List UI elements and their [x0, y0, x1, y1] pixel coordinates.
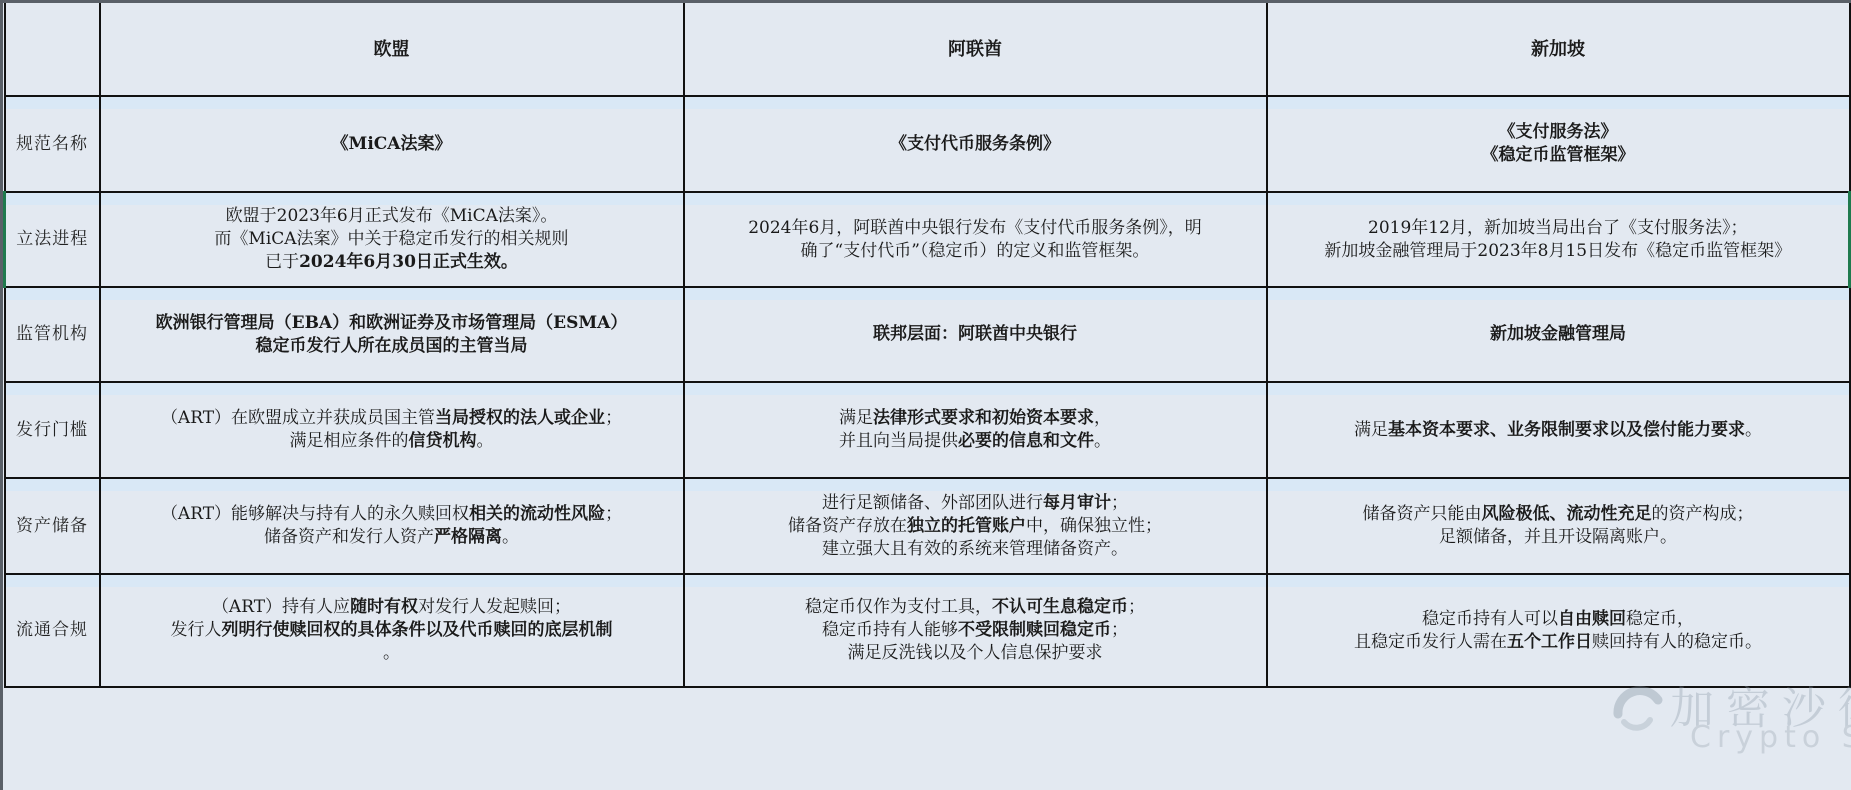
cell-text-line: 欧洲银行管理局（EBA）和欧洲证券及市场管理局（ESMA）	[107, 312, 677, 335]
emphasized-text: 新加坡金融管理局	[1490, 324, 1626, 344]
cell-text: 稳定币持有人可以	[1422, 609, 1558, 629]
emphasized-text: 法律形式要求和初始资本要求	[873, 408, 1094, 428]
cell-text-line: 。	[107, 642, 677, 665]
cell-text: ；	[1111, 493, 1128, 513]
cell-text-line: 2024年6月，阿联酋中央银行发布《支付代币服务条例》，明	[691, 217, 1260, 240]
cell-text-line: 新加坡金融管理局	[1274, 323, 1843, 346]
cell-singapore[interactable]: 稳定币持有人可以自由赎回稳定币，且稳定币发行人需在五个工作日赎回持有人的稳定币。	[1267, 574, 1850, 687]
cell-text: （ART）在欧盟成立并获成员国主管	[161, 408, 435, 428]
row-label[interactable]: 流通合规	[5, 574, 100, 687]
cell-text: 赎回持有人的稳定币。	[1592, 632, 1762, 652]
cell-text: 。	[502, 527, 519, 547]
cell-text: 满足	[839, 408, 873, 428]
emphasized-text: 《支付服务法》	[1499, 122, 1618, 142]
cell-text: ；	[1111, 620, 1128, 640]
cell-text: 。	[1094, 431, 1111, 451]
emphasized-text: 每月审计	[1043, 493, 1111, 513]
row-label[interactable]: 立法进程	[5, 192, 100, 287]
cell-eu[interactable]: （ART）持有人应随时有权对发行人发起赎回；发行人列明行使赎回权的具体条件以及代…	[100, 574, 684, 687]
cell-text: 稳定币，	[1626, 609, 1694, 629]
cell-uae[interactable]: 2024年6月，阿联酋中央银行发布《支付代币服务条例》，明确了“支付代币”（稳定…	[684, 192, 1267, 287]
cell-text: 且稳定币发行人需在	[1354, 632, 1507, 652]
cell-text: 欧盟于2023年6月正式发布《MiCA法案》。	[226, 206, 558, 226]
cell-text: 的资产构成；	[1652, 504, 1754, 524]
row-label[interactable]: 发行门槛	[5, 382, 100, 478]
emphasized-text: 《MiCA法案》	[332, 134, 452, 154]
cell-singapore[interactable]: 2019年12月，新加坡当局出台了《支付服务法》；新加坡金融管理局于2023年8…	[1267, 192, 1850, 287]
header-row: 欧盟 阿联酋 新加坡	[5, 3, 1850, 96]
cell-text: 满足反洗钱以及个人信息保护要求	[848, 643, 1103, 663]
cell-text: 对发行人发起赎回；	[418, 597, 571, 617]
cell-text-line: 储备资产和发行人资产严格隔离。	[107, 526, 677, 549]
cell-text-line: 建立强大且有效的系统来管理储备资产。	[691, 538, 1260, 561]
emphasized-text: 不受限制赎回稳定币	[958, 620, 1111, 640]
table-row-legislative-progress: 立法进程 欧盟于2023年6月正式发布《MiCA法案》。而《MiCA法案》中关于…	[5, 192, 1850, 287]
row-label[interactable]: 监管机构	[5, 287, 100, 382]
cell-text: 满足	[1354, 420, 1388, 440]
cell-text-line: 已于2024年6月30日正式生效。	[107, 251, 677, 274]
column-header-singapore[interactable]: 新加坡	[1267, 3, 1850, 96]
cell-text: ；	[605, 504, 622, 524]
cell-text: （ART）持有人应	[212, 597, 350, 617]
cell-text-line: 欧盟于2023年6月正式发布《MiCA法案》。	[107, 205, 677, 228]
cell-text-line: 《稳定币监管框架》	[1274, 144, 1843, 167]
cell-uae[interactable]: 联邦层面：阿联酋中央银行	[684, 287, 1267, 382]
cell-text-line: 稳定币发行人所在成员国的主管当局	[107, 335, 677, 358]
cell-eu[interactable]: 《MiCA法案》	[100, 96, 684, 192]
emphasized-text: 不认可生息稳定币	[992, 597, 1128, 617]
cell-text-line: 满足基本资本要求、业务限制要求以及偿付能力要求。	[1274, 419, 1843, 442]
emphasized-text: 严格隔离	[434, 527, 502, 547]
cell-text-line: 《支付服务法》	[1274, 121, 1843, 144]
row-label[interactable]: 规范名称	[5, 96, 100, 192]
cell-eu[interactable]: （ART）能够解决与持有人的永久赎回权相关的流动性风险；储备资产和发行人资产严格…	[100, 478, 684, 574]
emphasized-text: 基本资本要求、业务限制要求以及偿付能力要求	[1388, 420, 1745, 440]
cell-text: 进行足额储备、外部团队进行	[822, 493, 1043, 513]
cell-text-line: 2019年12月，新加坡当局出台了《支付服务法》；	[1274, 217, 1843, 240]
cell-text: 储备资产存放在	[788, 516, 907, 536]
emphasized-text: 相关的流动性风险	[469, 504, 605, 524]
cell-text-line: 联邦层面：阿联酋中央银行	[691, 323, 1260, 346]
cell-text-line: （ART）能够解决与持有人的永久赎回权相关的流动性风险；	[107, 503, 677, 526]
cell-text-line: 《支付代币服务条例》	[691, 133, 1260, 156]
cell-text-line: （ART）在欧盟成立并获成员国主管当局授权的法人或企业；	[107, 407, 677, 430]
cell-uae[interactable]: 稳定币仅作为支付工具，不认可生息稳定币；稳定币持有人能够不受限制赎回稳定币；满足…	[684, 574, 1267, 687]
emphasized-text: 欧洲银行管理局（EBA）和欧洲证券及市场管理局（ESMA）	[156, 313, 628, 333]
cell-text-line: 《MiCA法案》	[107, 133, 677, 156]
cell-text: 新加坡金融管理局于2023年8月15日发布《稳定币监管框架》	[1324, 241, 1791, 261]
cell-text: 储备资产和发行人资产	[264, 527, 434, 547]
cell-text: 中，确保独立性；	[1026, 516, 1162, 536]
cell-text: 稳定币持有人能够	[822, 620, 958, 640]
cell-uae[interactable]: 满足法律形式要求和初始资本要求，并且向当局提供必要的信息和文件。	[684, 382, 1267, 478]
table-row-regulator: 监管机构 欧洲银行管理局（EBA）和欧洲证券及市场管理局（ESMA）稳定币发行人…	[5, 287, 1850, 382]
cell-text-line: 发行人列明行使赎回权的具体条件以及代币赎回的底层机制	[107, 619, 677, 642]
table-row-regulation-name: 规范名称 《MiCA法案》 《支付代币服务条例》 《支付服务法》《稳定币监管框架…	[5, 96, 1850, 192]
cell-text: ；	[1128, 597, 1145, 617]
cell-text-line: 进行足额储备、外部团队进行每月审计；	[691, 492, 1260, 515]
cell-text-line: 满足相应条件的信贷机构。	[107, 430, 677, 453]
cell-text: 发行人	[171, 620, 222, 640]
emphasized-text: 自由赎回	[1558, 609, 1626, 629]
cell-text: ；	[605, 408, 622, 428]
cell-text-line: 而《MiCA法案》中关于稳定币发行的相关规则	[107, 228, 677, 251]
emphasized-text: 稳定币发行人所在成员国的主管当局	[256, 336, 528, 356]
cell-singapore[interactable]: 《支付服务法》《稳定币监管框架》	[1267, 96, 1850, 192]
emphasized-text: 独立的托管账户	[907, 516, 1026, 536]
cell-singapore[interactable]: 储备资产只能由风险极低、流动性充足的资产构成；足额储备，并且开设隔离账户。	[1267, 478, 1850, 574]
cell-text: 。	[383, 643, 400, 663]
emphasized-text: 列明行使赎回权的具体条件以及代币赎回的底层机制	[222, 620, 613, 640]
cell-text-line: 稳定币持有人能够不受限制赎回稳定币；	[691, 619, 1260, 642]
emphasized-text: 必要的信息和文件	[958, 431, 1094, 451]
cell-text-line: 满足法律形式要求和初始资本要求，	[691, 407, 1260, 430]
column-header-eu[interactable]: 欧盟	[100, 3, 684, 96]
cell-text-line: 足额储备，并且开设隔离账户。	[1274, 526, 1843, 549]
cell-text: 足额储备，并且开设隔离账户。	[1439, 527, 1677, 547]
table-row-circulation-compliance: 流通合规 （ART）持有人应随时有权对发行人发起赎回；发行人列明行使赎回权的具体…	[5, 574, 1850, 687]
cell-uae[interactable]: 《支付代币服务条例》	[684, 96, 1267, 192]
cell-text: 2024年6月，阿联酋中央银行发布《支付代币服务条例》，明	[748, 218, 1202, 238]
cell-eu[interactable]: 欧洲银行管理局（EBA）和欧洲证券及市场管理局（ESMA）稳定币发行人所在成员国…	[100, 287, 684, 382]
emphasized-text: 风险极低、流动性充足	[1482, 504, 1652, 524]
cell-text-line: 且稳定币发行人需在五个工作日赎回持有人的稳定币。	[1274, 631, 1843, 654]
cell-text: 2019年12月，新加坡当局出台了《支付服务法》；	[1368, 218, 1747, 238]
column-header-uae[interactable]: 阿联酋	[684, 3, 1267, 96]
emphasized-text: 随时有权	[350, 597, 418, 617]
emphasized-text: 五个工作日	[1507, 632, 1592, 652]
emphasized-text: 联邦层面：阿联酋中央银行	[873, 324, 1077, 344]
cell-singapore[interactable]: 新加坡金融管理局	[1267, 287, 1850, 382]
emphasized-text: 《支付代币服务条例》	[890, 134, 1060, 154]
cell-text: （ART）能够解决与持有人的永久赎回权	[161, 504, 469, 524]
cell-text-line: 稳定币持有人可以自由赎回稳定币，	[1274, 608, 1843, 631]
emphasized-text: 2024年6月30日正式生效。	[299, 252, 518, 272]
corner-cell[interactable]	[5, 3, 100, 96]
cell-singapore[interactable]: 满足基本资本要求、业务限制要求以及偿付能力要求。	[1267, 382, 1850, 478]
stablecoin-regulation-comparison-table: 欧盟 阿联酋 新加坡 规范名称 《MiCA法案》 《支付代币服务条例》 《支付服…	[3, 3, 1851, 688]
cell-text: 。	[1745, 420, 1762, 440]
cell-text: 储备资产只能由	[1363, 504, 1482, 524]
cell-text: ，	[1094, 408, 1111, 428]
cell-text-line: 储备资产只能由风险极低、流动性充足的资产构成；	[1274, 503, 1843, 526]
cell-text: 确了“支付代币”（稳定币）的定义和监管框架。	[801, 241, 1150, 261]
cell-text-line: 新加坡金融管理局于2023年8月15日发布《稳定币监管框架》	[1274, 240, 1843, 263]
table-row-asset-reserve: 资产储备 （ART）能够解决与持有人的永久赎回权相关的流动性风险；储备资产和发行…	[5, 478, 1850, 574]
emphasized-text: 信贷机构	[409, 431, 477, 451]
cell-text-line: 稳定币仅作为支付工具，不认可生息稳定币；	[691, 596, 1260, 619]
cell-text: 建立强大且有效的系统来管理储备资产。	[822, 539, 1128, 559]
cell-text-line: 满足反洗钱以及个人信息保护要求	[691, 642, 1260, 665]
cell-text-line: 并且向当局提供必要的信息和文件。	[691, 430, 1260, 453]
cell-text-line: （ART）持有人应随时有权对发行人发起赎回；	[107, 596, 677, 619]
cell-text-line: 确了“支付代币”（稳定币）的定义和监管框架。	[691, 240, 1260, 263]
emphasized-text: 当局授权的法人或企业	[435, 408, 605, 428]
table-row-issuance-threshold: 发行门槛 （ART）在欧盟成立并获成员国主管当局授权的法人或企业；满足相应条件的…	[5, 382, 1850, 478]
row-label[interactable]: 资产储备	[5, 478, 100, 574]
cell-uae[interactable]: 进行足额储备、外部团队进行每月审计；储备资产存放在独立的托管账户中，确保独立性；…	[684, 478, 1267, 574]
emphasized-text: 《稳定币监管框架》	[1482, 145, 1635, 165]
cell-eu[interactable]: 欧盟于2023年6月正式发布《MiCA法案》。而《MiCA法案》中关于稳定币发行…	[100, 192, 684, 287]
cell-text: 满足相应条件的	[290, 431, 409, 451]
cell-eu[interactable]: （ART）在欧盟成立并获成员国主管当局授权的法人或企业；满足相应条件的信贷机构。	[100, 382, 684, 478]
cell-text: 而《MiCA法案》中关于稳定币发行的相关规则	[214, 229, 568, 249]
cell-text: 稳定币仅作为支付工具，	[805, 597, 992, 617]
cell-text: 并且向当局提供	[839, 431, 958, 451]
cell-text: 。	[477, 431, 494, 451]
cell-text: 已于	[265, 252, 299, 272]
cell-text-line: 储备资产存放在独立的托管账户中，确保独立性；	[691, 515, 1260, 538]
